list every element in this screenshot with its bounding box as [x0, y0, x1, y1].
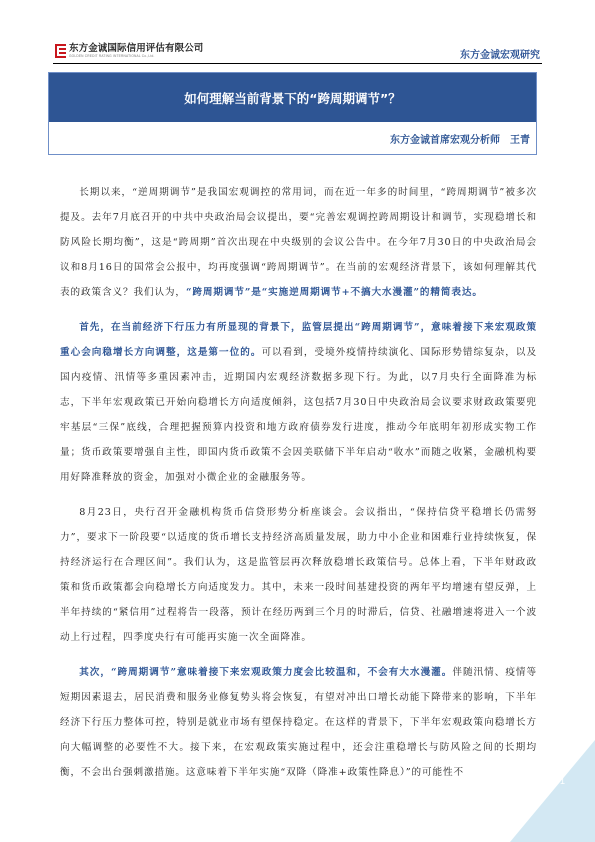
document-title: 如何理解当前背景下的“跨周期调节”？: [184, 89, 400, 107]
author-byline: 东方金诚首席宏观分析师 王青: [390, 131, 530, 146]
paragraph: 其次，“跨周期调节”意味着接下来宏观政策力度会比较温和，不会有大水漫灌。伴随汛情…: [60, 660, 537, 785]
author-row: 东方金诚首席宏观分析师 王青: [49, 122, 536, 154]
header-divider: [53, 63, 542, 64]
paragraph: 长期以来，“逆周期调节”是我国宏观调控的常用词，而在近一年多的时间里，“跨周期调…: [60, 180, 537, 305]
page-number: 1: [560, 776, 565, 786]
company-logo: 东方金诚国际信用评估有限公司 GOLDEN CREDIT RATING INTE…: [55, 42, 203, 60]
paragraph: 首先，在当前经济下行压力有所显现的背景下，监管层提出“跨周期调节”，意味着接下来…: [60, 315, 537, 490]
company-name-cn: 东方金诚国际信用评估有限公司: [69, 44, 203, 54]
company-name-en: GOLDEN CREDIT RATING INTERNATIONAL Co.,L…: [69, 55, 203, 58]
highlighted-point: 其次，“跨周期调节”意味着接下来宏观政策力度会比较温和，不会有大水漫灌。: [79, 667, 452, 678]
paragraph: 8月23日，央行召开金融机构货币信贷形势分析座谈会。会议指出，“保持信贷平稳增长…: [60, 500, 537, 650]
red-bracket-logo-icon: [55, 44, 66, 58]
article-body: 长期以来，“逆周期调节”是我国宏观调控的常用词，而在近一年多的时间里，“跨周期调…: [60, 180, 537, 795]
paragraph-text: 可以看到，受境外疫情持续演化、国际形势错综复杂，以及国内疫情、汛情等多重因素冲击…: [60, 347, 537, 483]
paragraph-text: 长期以来，“逆周期调节”是我国宏观调控的常用词，而在近一年多的时间里，“跨周期调…: [60, 187, 537, 298]
highlighted-conclusion: “跨周期调节”是“实施逆周期调节+不搞大水漫灌”的精简表达。: [186, 287, 483, 298]
title-box: 如何理解当前背景下的“跨周期调节”？ 东方金诚首席宏观分析师 王青: [48, 72, 537, 155]
series-name: 东方金诚宏观研究: [460, 46, 540, 61]
title-bar: 如何理解当前背景下的“跨周期调节”？: [49, 73, 536, 122]
paragraph-text: 8月23日，央行召开金融机构货币信贷形势分析座谈会。会议指出，“保持信贷平稳增长…: [60, 507, 537, 643]
paragraph-text: 伴随汛情、疫情等短期因素退去，居民消费和服务业修复势头将会恢复，有望对冲出口增长…: [60, 667, 537, 778]
